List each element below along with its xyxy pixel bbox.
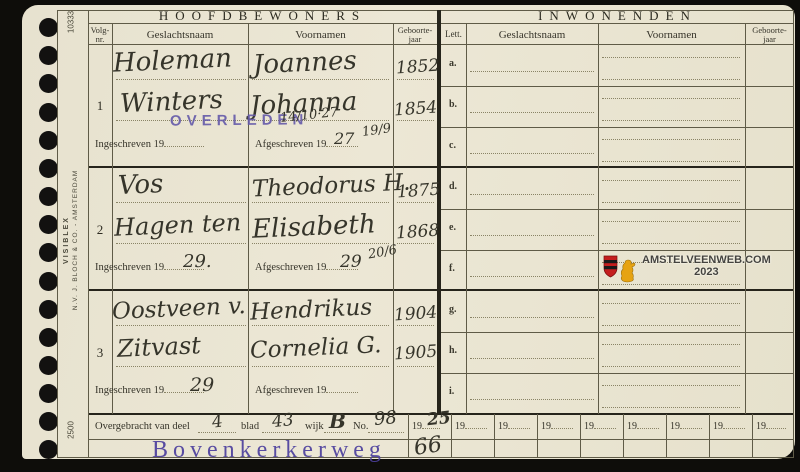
birthyear-handwriting: 1875: [396, 180, 441, 203]
dotted-fill: [262, 432, 300, 433]
form-number-bottom: 2500: [67, 421, 76, 439]
row-letter: f.: [449, 263, 455, 274]
watermark-line2: 2023: [694, 266, 718, 278]
row-letter: h.: [449, 345, 457, 356]
year-prefix: 19: [498, 421, 508, 432]
firstname-handwriting: Hendrikus: [249, 294, 372, 325]
surname-handwriting: Holeman: [112, 43, 232, 78]
ingeschreven-value-handwriting: 29: [190, 374, 214, 396]
register-card-scan: HOOFDBEWONERS INWONENDEN Volg- nr. Gesla…: [0, 0, 800, 472]
year-cell: 19: [670, 415, 708, 439]
hoofdbewoners-title: HOOFDBEWONERS: [88, 8, 437, 24]
afgeschreven-label: Afgeschreven 19: [255, 383, 358, 396]
ingeschreven-value-handwriting: 29.: [183, 251, 212, 272]
dotted-fill: [508, 419, 530, 429]
punch-hole: [39, 328, 58, 347]
transfer-deel-value-handwriting: 4: [211, 411, 225, 432]
year-prefix: 19: [412, 421, 422, 432]
surname-handwriting: Vos: [117, 169, 164, 201]
entry-number: 3: [88, 345, 112, 361]
column-header-geboortejaar-right: Geboorte- jaar: [745, 26, 794, 44]
punch-hole: [39, 46, 58, 65]
year-cell: 19: [455, 415, 493, 439]
brand-line1: VISIBLEX: [63, 216, 70, 264]
row-letter: a.: [449, 58, 457, 69]
brand-line2: N.V. J. BLOCH & CO. - AMSTERDAM: [72, 170, 79, 311]
label-text: Afgeschreven 19: [255, 262, 326, 273]
punch-hole: [39, 440, 58, 459]
punch-hole: [39, 300, 58, 319]
dotted-fill: [368, 432, 404, 433]
column-header-voornamen-left: Voornamen: [248, 29, 393, 41]
year-value-handwriting: 25: [426, 408, 452, 430]
year-prefix: 19: [670, 421, 680, 432]
volgnr-line2: nr.: [96, 34, 105, 44]
dotted-fill: [723, 419, 745, 429]
afgeschreven-value-handwriting: 29: [340, 252, 362, 272]
firstname-handwriting: Joannes: [252, 46, 357, 80]
label-text: Ingeschreven 19: [95, 139, 164, 150]
dotted-fill: [594, 419, 616, 429]
label-text: Ingeschreven 19: [95, 385, 164, 396]
transfer-wijk-value-handwriting: B: [329, 409, 346, 433]
label-text: Ingeschreven 19: [95, 262, 164, 273]
year-cell: 19: [713, 415, 751, 439]
year-cell: 19: [498, 415, 536, 439]
surname-handwriting: Zitvast: [116, 331, 201, 363]
ingeschreven-label: Ingeschreven 19: [95, 383, 204, 396]
dotted-fill: [551, 419, 573, 429]
punch-hole: [39, 272, 58, 291]
afgeschreven-value-handwriting: 27: [334, 129, 354, 148]
row-letter: g.: [449, 304, 457, 315]
surname-handwriting: Hagen ten: [113, 208, 241, 242]
year-prefix: 19: [756, 421, 766, 432]
label-text: Afgeschreven 19: [255, 139, 326, 150]
birthyear-handwriting: 1868: [395, 221, 440, 244]
punch-hole: [39, 18, 58, 37]
inwonenden-title: INWONENDEN: [441, 8, 794, 24]
year-cell: 19: [584, 415, 622, 439]
watermark-line1: AMSTELVEENWEB.COM: [642, 254, 771, 266]
transfer-no-label: No.: [353, 421, 368, 432]
dotted-fill: [465, 419, 487, 429]
year-cell: 19: [627, 415, 665, 439]
punch-hole: [39, 215, 58, 234]
birthyear-handwriting: 1904: [393, 303, 438, 326]
year-prefix: 19: [541, 421, 551, 432]
punch-hole: [39, 131, 58, 150]
column-header-geslachtsnaam-left: Geslachtsnaam: [112, 29, 248, 41]
punch-hole: [39, 243, 58, 262]
row-letter: d.: [449, 181, 457, 192]
year-cell: 19: [541, 415, 579, 439]
dotted-fill: [164, 137, 204, 147]
year-prefix: 19: [713, 421, 723, 432]
transfer-no-value-handwriting: 98: [373, 407, 398, 430]
birthyear-handwriting: 1854: [393, 98, 438, 121]
row-letter: b.: [449, 99, 457, 110]
year-prefix: 19: [627, 421, 637, 432]
dotted-fill: [637, 419, 659, 429]
dotted-fill: [326, 383, 358, 393]
punch-hole: [39, 356, 58, 375]
year-prefix: 19: [455, 421, 465, 432]
form-number-top: 10333: [67, 11, 76, 33]
house-number-handwriting: 66: [412, 432, 443, 461]
geboortejaar-line2: jaar: [763, 34, 776, 44]
label-text: Afgeschreven 19: [255, 385, 326, 396]
year-cell: 19: [756, 415, 792, 439]
birthyear-handwriting: 1905: [393, 342, 438, 365]
year-prefix: 19: [584, 421, 594, 432]
transfer-wijk-label: wijk: [305, 421, 324, 432]
ingeschreven-label: Ingeschreven 19: [95, 137, 204, 150]
row-letter: c.: [449, 140, 456, 151]
entry-number: 1: [88, 98, 112, 114]
watermark-text: AMSTELVEENWEB.COM 2023: [642, 254, 771, 278]
coat-of-arms-icon: [603, 254, 639, 289]
transfer-blad-value-handwriting: 43: [271, 410, 295, 432]
punch-hole: [39, 412, 58, 431]
punch-hole: [39, 103, 58, 122]
column-header-volgnr: Volg- nr.: [88, 26, 112, 44]
firstname-handwriting: Elisabeth: [251, 209, 376, 244]
punch-hole: [39, 384, 58, 403]
punch-hole: [39, 74, 58, 93]
geboortejaar-line2: jaar: [409, 34, 422, 44]
row-letter: e.: [449, 222, 456, 233]
entry-number: 2: [88, 222, 112, 238]
punch-hole: [39, 159, 58, 178]
row-letter: i.: [449, 386, 454, 397]
dotted-fill: [680, 419, 702, 429]
transfer-deel-label: Overgebracht van deel: [95, 421, 190, 432]
column-header-voornamen-right: Voornamen: [598, 29, 745, 41]
column-header-geboortejaar-left: Geboorte- jaar: [393, 26, 437, 44]
printer-brand: VISIBLEX N.V. J. BLOCH & CO. - AMSTERDAM: [62, 170, 80, 311]
column-header-geslachtsnaam-right: Geslachtsnaam: [466, 29, 598, 41]
street-name-stamp: Bovenkerkerweg: [152, 437, 386, 464]
birthyear-handwriting: 1852: [395, 56, 440, 79]
watermark: AMSTELVEENWEB.COM 2023: [603, 254, 771, 289]
column-header-lett: Lett.: [441, 30, 466, 39]
dotted-fill: [766, 419, 786, 429]
transfer-blad-label: blad: [241, 421, 259, 432]
punch-hole: [39, 187, 58, 206]
